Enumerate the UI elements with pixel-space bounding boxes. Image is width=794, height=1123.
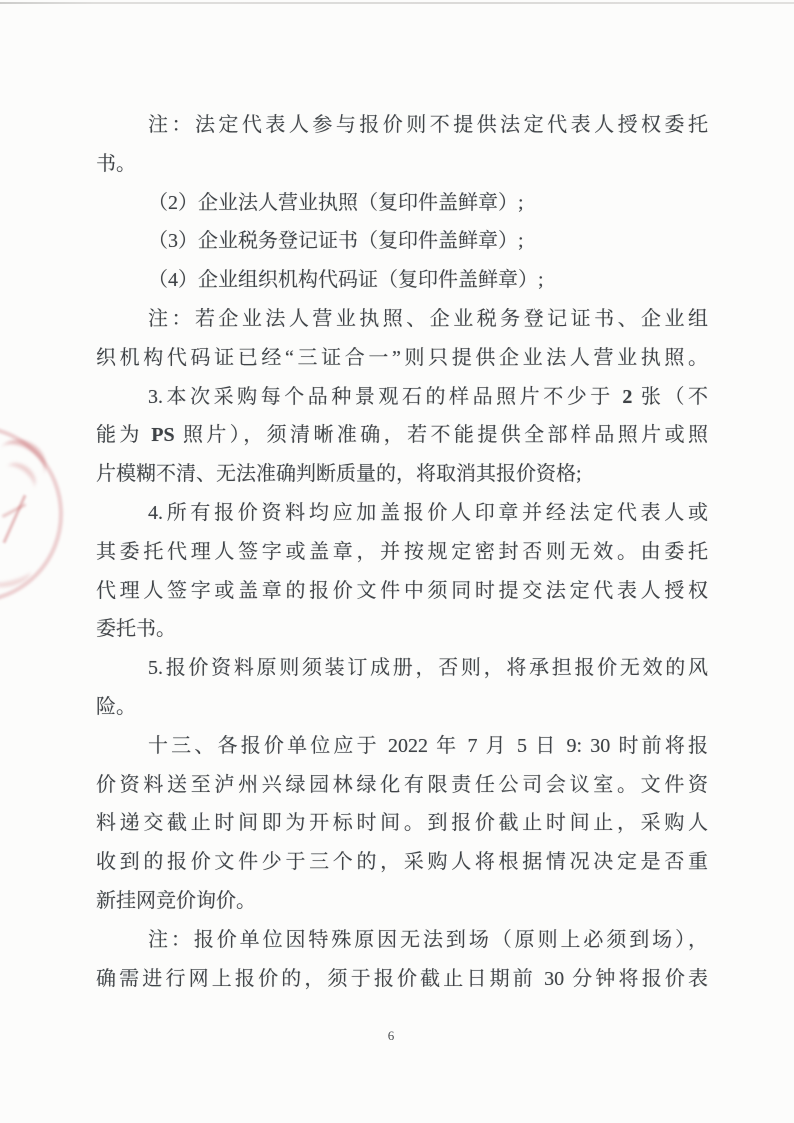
text-line: 委托书。 <box>96 610 708 649</box>
text-block: 注：法定代表人参与报价则不提供法定代表人授权委托书。（2）企业法人营业执照（复印… <box>96 106 708 998</box>
stamp-stroke <box>3 495 27 544</box>
text-line: 确需进行网上报价的，须于报价截止日期前 30 分钟将报价表 <box>96 960 708 999</box>
text-line: 能为 PS 照片），须清晰准确，若不能提供全部样品照片或照 <box>96 416 708 455</box>
text-line: 其委托代理人签字或盖章，并按规定密封否则无效。由委托 <box>96 533 708 572</box>
red-seal-stamp <box>0 425 55 595</box>
text-line: 料递交截止时间即为开标时间。到报价截止时间止，采购人 <box>96 804 708 843</box>
stamp-stroke <box>2 503 26 518</box>
stamp-text-fragment <box>0 431 54 492</box>
text-line: 书。 <box>96 145 708 184</box>
stamp-ring <box>0 425 63 603</box>
text-line: 片模糊不清、无法准确判断质量的，将取消其报价资格; <box>96 455 708 494</box>
text-line: 收到的报价文件少于三个的，采购人将根据情况决定是否重 <box>96 843 708 882</box>
scan-artifact-line <box>0 2 794 4</box>
text-line: 3.本次采购每个品种景观石的样品照片不少于 2 张（不 <box>96 378 708 417</box>
text-line: 险。 <box>96 688 708 727</box>
stamp-text-fragment <box>0 457 41 498</box>
text-line: 十三、各报价单位应于 2022 年 7 月 5 日 9: 30 时前将报 <box>96 727 708 766</box>
text-line: 4.所有报价资料均应加盖报价人印章并经法定代表人或 <box>96 494 708 533</box>
text-line: 价资料送至泸州兴绿园林绿化有限责任公司会议室。文件资 <box>96 766 708 805</box>
text-line: 代理人签字或盖章的报价文件中须同时提交法定代表人授权 <box>96 572 708 611</box>
text-line: （3）企业税务登记证书（复印件盖鲜章）; <box>96 222 708 261</box>
text-line: 注：报价单位因特殊原因无法到场（原则上必须到场）， <box>96 921 708 960</box>
text-line: （2）企业法人营业执照（复印件盖鲜章）; <box>96 184 708 223</box>
text-line: 注：若企业法人营业执照、企业税务登记证书、企业组 <box>96 300 708 339</box>
text-line: 织机构代码证已经“三证合一”则只提供企业法人营业执照。 <box>96 339 708 378</box>
page-number: 6 <box>0 1028 788 1044</box>
text-line: （4）企业组织机构代码证（复印件盖鲜章）; <box>96 261 708 300</box>
stamp-arc-fragment <box>0 562 33 591</box>
text-line: 注：法定代表人参与报价则不提供法定代表人授权委托 <box>96 106 708 145</box>
document-page: 注：法定代表人参与报价则不提供法定代表人授权委托书。（2）企业法人营业执照（复印… <box>0 0 794 1123</box>
text-line: 5.报价资料原则须装订成册，否则，将承担报价无效的风 <box>96 649 708 688</box>
text-line: 新挂网竞价询价。 <box>96 882 708 921</box>
